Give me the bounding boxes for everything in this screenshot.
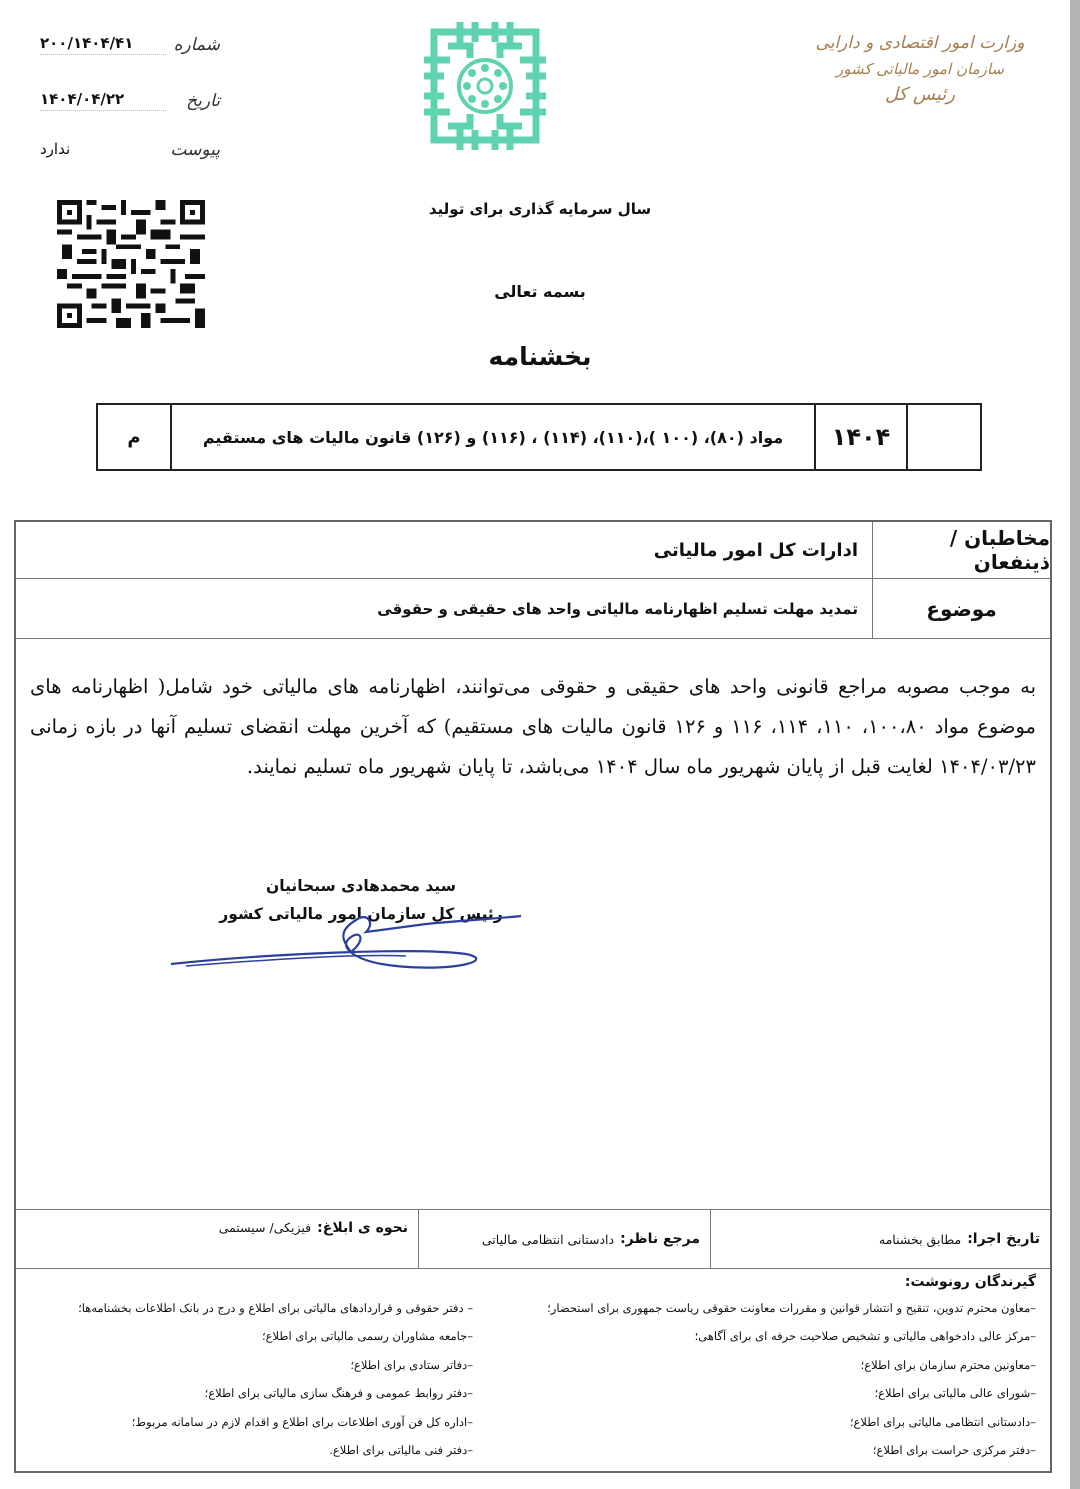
attachment-field: پیوست ندارد	[40, 140, 220, 160]
reference-articles: مواد (۸۰)، (۱۰۰ )،(۱۱۰)، (۱۱۴) ، (۱۱۶) و…	[170, 405, 814, 469]
notification-method-label: نحوه ی ابلاغ:	[317, 1220, 408, 1236]
execution-date-value: مطابق بخشنامه	[879, 1232, 961, 1247]
reference-empty-cell	[906, 405, 980, 469]
letter-number-value: ۲۰۰/۱۴۰۴/۴۱	[40, 34, 166, 55]
addressees-row: مخاطبان / ذینفعان ادارات کل امور مالیاتی	[16, 522, 1050, 579]
letter-number-label: شماره	[176, 35, 220, 55]
execution-date: تاریخ اجرا: مطابق بخشنامه	[710, 1210, 1050, 1268]
addressees-label: مخاطبان / ذینفعان	[872, 522, 1050, 578]
notification-method: نحوه ی ابلاغ: فیزیکی/ سیستمی	[16, 1210, 418, 1268]
cc-item: –جامعه مشاوران رسمی مالیاتی برای اطلاع؛	[16, 1322, 473, 1350]
supervisor-value: دادستانی انتظامی مالیاتی	[482, 1232, 614, 1247]
cc-item: –معاونین محترم سازمان برای اطلاع؛	[533, 1351, 1036, 1379]
cc-recipients: گیرندگان رونوشت: –معاون محترم تدوین، تنق…	[16, 1274, 1050, 1464]
letter-date-value: ۱۴۰۴/۰۴/۲۲	[40, 90, 166, 111]
cc-item: –شورای عالی مالیاتی برای اطلاع؛	[533, 1379, 1036, 1407]
circular-body-frame: مخاطبان / ذینفعان ادارات کل امور مالیاتی…	[14, 520, 1052, 1473]
cc-item: –دفاتر ستادی برای اطلاع؛	[16, 1351, 473, 1379]
letter-number-field: شماره ۲۰۰/۱۴۰۴/۴۱	[40, 34, 220, 55]
cc-column-right: –معاون محترم تدوین، تنقیح و انتشار قوانی…	[533, 1294, 1050, 1464]
attachment-label: پیوست	[176, 140, 220, 160]
addressees-value: ادارات کل امور مالیاتی	[16, 522, 872, 578]
organization-name: سازمان امور مالیاتی کشور	[800, 57, 1040, 81]
supervisor-label: مرجع ناظر:	[620, 1231, 700, 1247]
cc-item: –دفتر روابط عمومی و فرهنگ سازی مالیاتی ب…	[16, 1379, 473, 1407]
execution-date-label: تاریخ اجرا:	[967, 1231, 1040, 1247]
head-title: رئیس کل	[800, 81, 1040, 110]
subject-row: موضوع تمدید مهلت تسلیم اظهارنامه مالیاتی…	[16, 579, 1050, 639]
cc-title: گیرندگان رونوشت:	[16, 1274, 1050, 1290]
circular-body-text: به موجب مصوبه مراجع قانونی واحد های حقیق…	[16, 667, 1050, 787]
execution-info-row: تاریخ اجرا: مطابق بخشنامه مرجع ناظر: داد…	[16, 1209, 1050, 1269]
cc-column-left: – دفتر حقوقی و قراردادهای مالیاتی برای ا…	[16, 1294, 533, 1464]
tax-organization-logo-icon	[420, 18, 550, 154]
document-type-title: بخشنامه	[0, 342, 1080, 371]
cc-item: –دفتر فنی مالیاتی برای اطلاع.	[16, 1436, 473, 1464]
scrollbar[interactable]	[1070, 0, 1080, 1489]
signature-icon	[166, 892, 526, 982]
reference-letter: م	[98, 405, 170, 469]
subject-value: تمدید مهلت تسلیم اظهارنامه مالیاتی واحد …	[16, 579, 872, 638]
attachment-value: ندارد	[40, 140, 166, 160]
notification-method-value: فیزیکی/ سیستمی	[219, 1220, 311, 1235]
cc-item: –معاون محترم تدوین، تنقیح و انتشار قوانی…	[533, 1294, 1036, 1322]
ministry-name: وزارت امور اقتصادی و دارایی	[800, 30, 1040, 57]
cc-item: –مرکز عالی دادخواهی مالیاتی و تشخیص صلاح…	[533, 1322, 1036, 1350]
circular-reference-table: ۱۴۰۴ مواد (۸۰)، (۱۰۰ )،(۱۱۰)، (۱۱۴) ، (۱…	[96, 403, 982, 471]
letter-date-field: تاریخ ۱۴۰۴/۰۴/۲۲	[40, 90, 220, 111]
slogan: سال سرمایه گذاری برای تولید	[0, 200, 1080, 218]
bismillah: بسمه تعالی	[0, 282, 1080, 301]
supervisor: مرجع ناظر: دادستانی انتظامی مالیاتی	[418, 1210, 710, 1268]
reference-year: ۱۴۰۴	[814, 405, 906, 469]
cc-item: –دادستانی انتظامی مالیاتی برای اطلاع؛	[533, 1408, 1036, 1436]
ministry-header: وزارت امور اقتصادی و دارایی سازمان امور …	[800, 30, 1040, 110]
cc-item: –اداره کل فن آوری اطلاعات برای اطلاع و ا…	[16, 1408, 473, 1436]
subject-label: موضوع	[872, 579, 1050, 638]
cc-item: – دفتر حقوقی و قراردادهای مالیاتی برای ا…	[16, 1294, 473, 1322]
letter-date-label: تاریخ	[176, 91, 220, 111]
qr-code-icon	[56, 200, 206, 328]
cc-item: –دفتر مرکزی حراست برای اطلاع؛	[533, 1436, 1036, 1464]
